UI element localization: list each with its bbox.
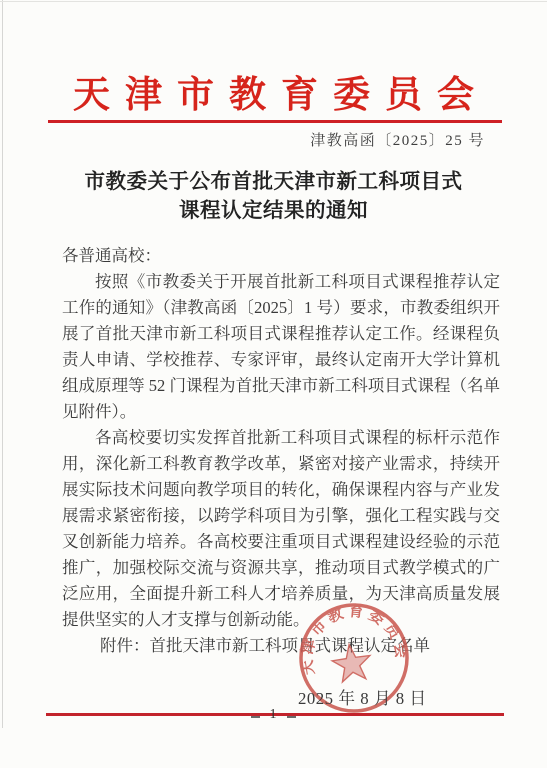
issue-date: 2025 年 8 月 8 日: [298, 685, 427, 709]
notice-title: 市教委关于公布首批天津市新工科项目式 课程认定结果的通知: [0, 168, 547, 226]
document-body: 各普通高校： 按照《市教委关于开展首批新工科项目式课程推荐认定工作的通知》（津教…: [62, 243, 500, 633]
notice-title-line1: 市教委关于公布首批天津市新工科项目式: [0, 168, 547, 197]
notice-title-line2: 课程认定结果的通知: [0, 197, 547, 226]
page-number-dash-left: [251, 716, 260, 718]
page-edge-line-top: [0, 1, 547, 2]
document-number: 津教高函〔2025〕25 号: [310, 129, 485, 150]
agency-banner-title: 天津市教育委员会: [0, 64, 547, 118]
body-paragraph-1: 按照《市教委关于开展首批新工科项目式课程推荐认定工作的通知》（津教高函〔2025…: [62, 269, 500, 425]
scanned-document-page: 天津市教育委员会 津教高函〔2025〕25 号 市教委关于公布首批天津市新工科项…: [0, 0, 547, 768]
salutation: 各普通高校：: [62, 243, 500, 269]
header-red-rule: [48, 120, 502, 123]
page-number: 1: [263, 707, 283, 723]
page-number-dash-right: [287, 716, 296, 718]
seal-star-icon: [330, 642, 373, 683]
